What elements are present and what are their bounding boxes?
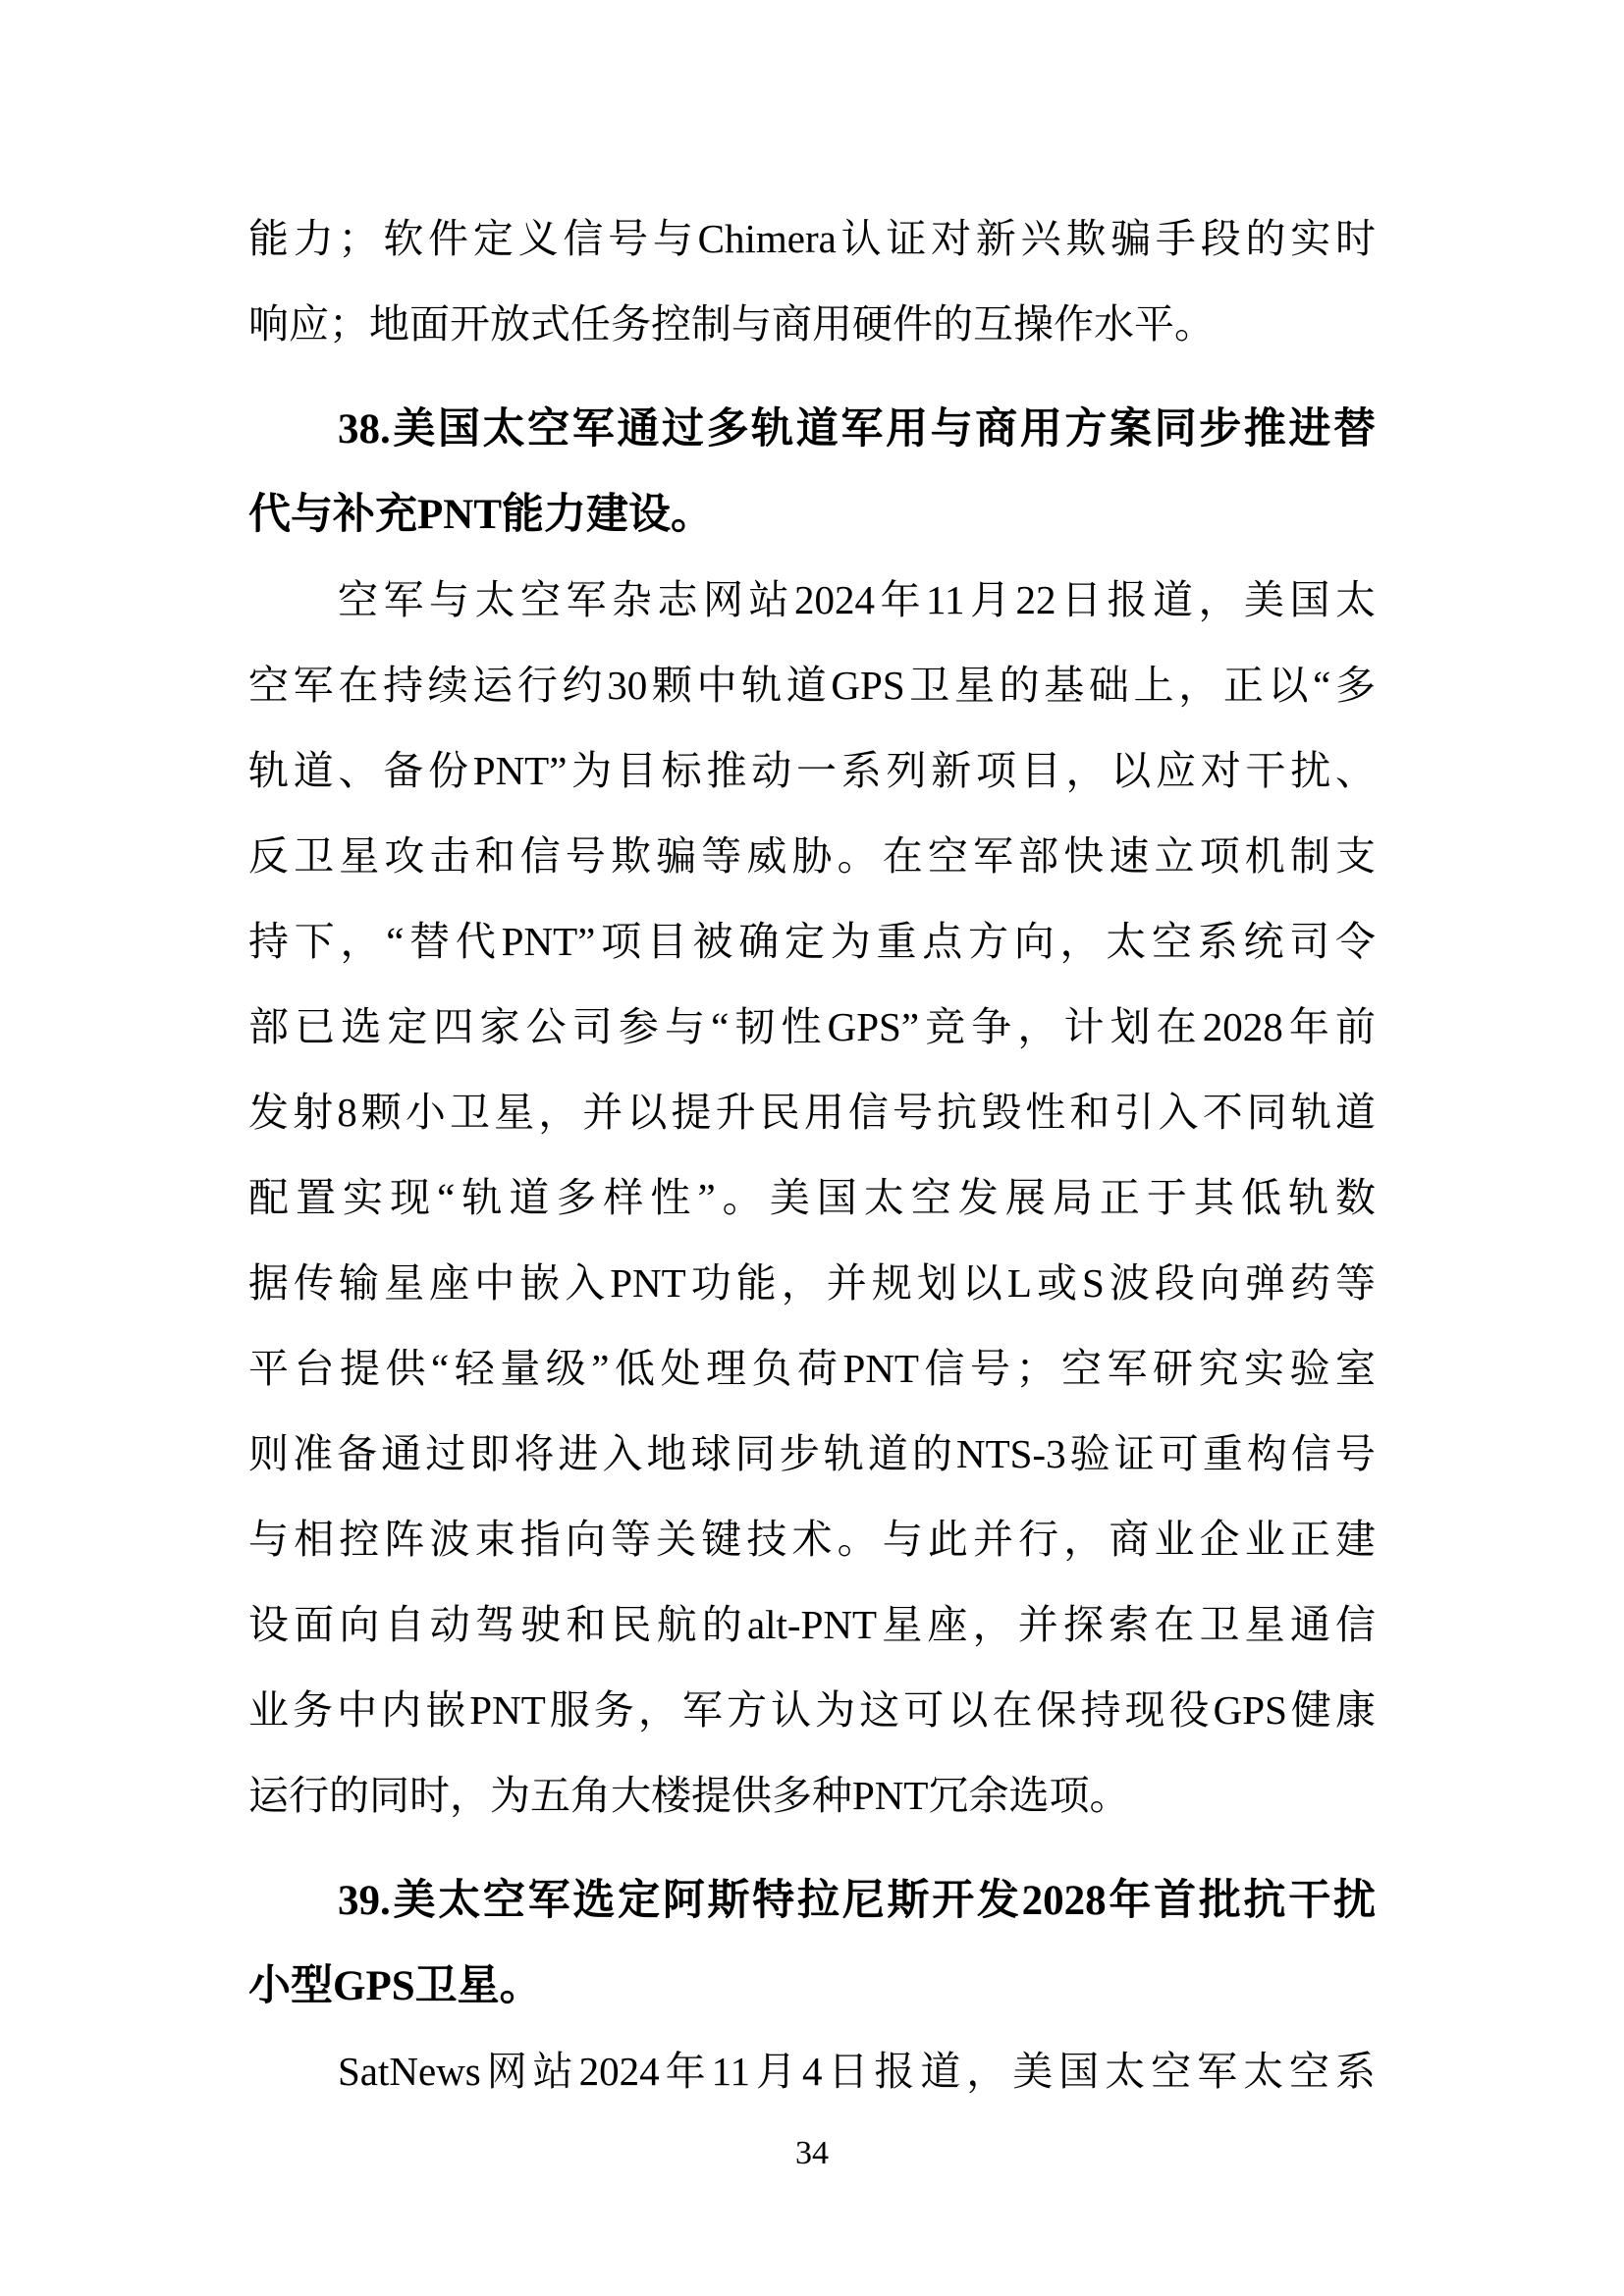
document-page: 能力；软件定义信号与Chimera认证对新兴欺骗手段的实时 响应；地面开放式任务… (0, 0, 1624, 2296)
text-line: 持下，“替代PNT”项目被确定为重点方向，太空系统司令 (248, 899, 1376, 985)
heading-line: 代与补充PNT能力建设。 (248, 472, 1376, 558)
section-heading-38: 38.美国太空军通过多轨道军用与商用方案同步推进替 代与补充PNT能力建设。 (248, 387, 1376, 558)
paragraph-continuation: 能力；软件定义信号与Chimera认证对新兴欺骗手段的实时 响应；地面开放式任务… (248, 196, 1376, 367)
heading-line: 小型GPS卫星。 (248, 1944, 1376, 2029)
text-line: 空军在持续运行约30颗中轨道GPS卫星的基础上，正以“多 (248, 643, 1376, 728)
text-line: 轨道、备份PNT”为目标推动一系列新项目，以应对干扰、 (248, 728, 1376, 814)
section-heading-39: 39.美太空军选定阿斯特拉尼斯开发2028年首批抗干扰 小型GPS卫星。 (248, 1858, 1376, 2029)
text-line: SatNews网站2024年11月4日报道，美国太空军太空系 (248, 2029, 1376, 2114)
text-line: 响应；地面开放式任务控制与商用硬件的互操作水平。 (248, 282, 1376, 367)
text-line: 空军与太空军杂志网站2024年11月22日报道，美国太 (248, 558, 1376, 643)
text-line: 据传输星座中嵌入PNT功能，并规划以L或S波段向弹药等 (248, 1241, 1376, 1326)
text-line: 设面向自动驾驶和民航的alt-PNT星座，并探索在卫星通信 (248, 1582, 1376, 1668)
text-line: 平台提供“轻量级”低处理负荷PNT信号；空军研究实验室 (248, 1326, 1376, 1412)
text-line: 与相控阵波束指向等关键技术。与此并行，商业企业正建 (248, 1497, 1376, 1582)
page-content: 能力；软件定义信号与Chimera认证对新兴欺骗手段的实时 响应；地面开放式任务… (248, 196, 1376, 2175)
text-line: 能力；软件定义信号与Chimera认证对新兴欺骗手段的实时 (248, 196, 1376, 282)
text-line: 则准备通过即将进入地球同步轨道的NTS-3验证可重构信号 (248, 1412, 1376, 1497)
text-line: 业务中内嵌PNT服务，军方认为这可以在保持现役GPS健康 (248, 1668, 1376, 1753)
text-line: 配置实现“轨道多样性”。美国太空发展局正于其低轨数 (248, 1155, 1376, 1241)
heading-line: 38.美国太空军通过多轨道军用与商用方案同步推进替 (248, 387, 1376, 472)
text-line: 运行的同时，为五角大楼提供多种PNT冗余选项。 (248, 1753, 1376, 1839)
text-line: 部已选定四家公司参与“韧性GPS”竞争，计划在2028年前 (248, 985, 1376, 1070)
heading-line: 39.美太空军选定阿斯特拉尼斯开发2028年首批抗干扰 (248, 1858, 1376, 1944)
paragraph-38-body: 空军与太空军杂志网站2024年11月22日报道，美国太 空军在持续运行约30颗中… (248, 558, 1376, 1839)
page-number: 34 (248, 2132, 1376, 2175)
text-line: 反卫星攻击和信号欺骗等威胁。在空军部快速立项机制支 (248, 814, 1376, 899)
text-line: 发射8颗小卫星，并以提升民用信号抗毁性和引入不同轨道 (248, 1070, 1376, 1155)
paragraph-39-body: SatNews网站2024年11月4日报道，美国太空军太空系 (248, 2029, 1376, 2114)
